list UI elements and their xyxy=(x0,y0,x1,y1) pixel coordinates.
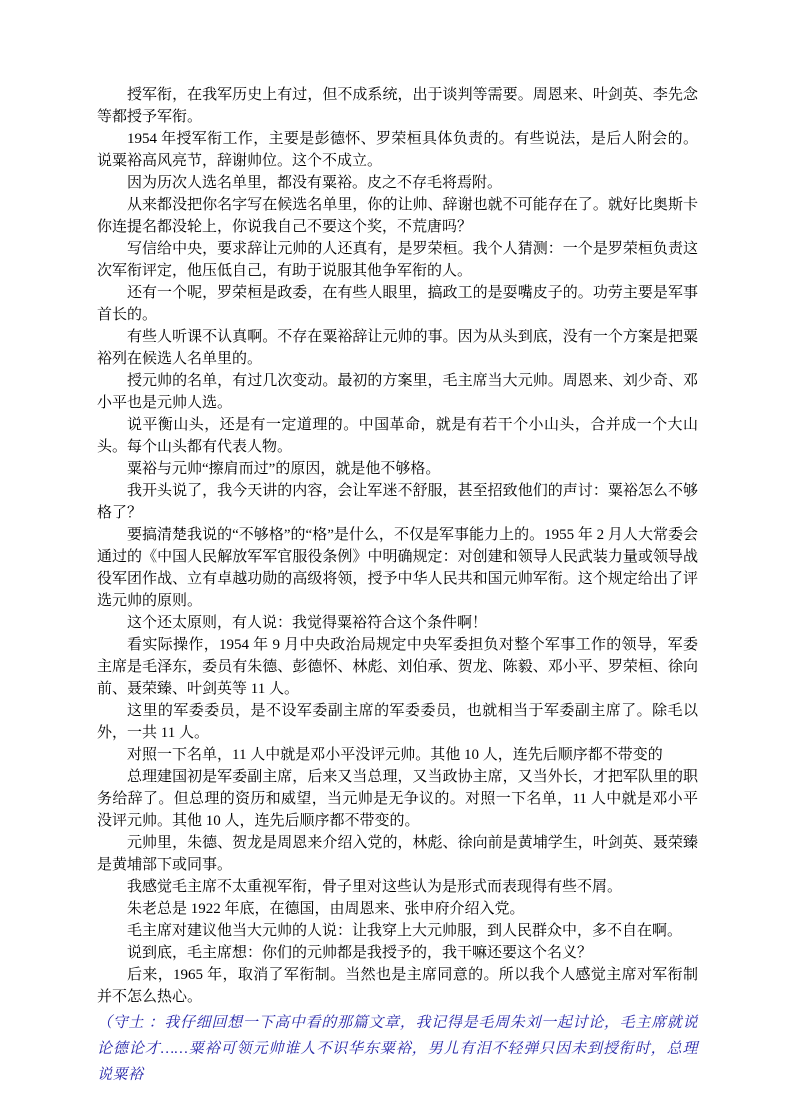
paragraph: 1954 年授军衔工作，主要是彭德怀、罗荣桓具体负责的。有些说法，是后人附会的。… xyxy=(97,128,698,172)
paragraph: 这个还太原则，有人说：我觉得粟裕符合这个条件啊！ xyxy=(97,612,698,634)
paragraph: 写信给中央，要求辞让元帅的人还真有，是罗荣桓。我个人猜测：一个是罗荣桓负责这次军… xyxy=(97,238,698,282)
document-page: 授军衔，在我军历史上有过，但不成系统，出于谈判等需要。周恩来、叶剑英、李先念等都… xyxy=(0,0,800,1100)
paragraph: 有些人听课不认真啊。不存在粟裕辞让元帅的事。因为从头到底，没有一个方案是把粟裕列… xyxy=(97,326,698,370)
document-body: 授军衔，在我军历史上有过，但不成系统，出于谈判等需要。周恩来、叶剑英、李先念等都… xyxy=(97,84,698,1088)
paragraph: 粟裕与元帅“擦肩而过”的原因，就是他不够格。 xyxy=(97,458,698,480)
annotation-note: （守土 ：我仔细回想一下高中看的那篇文章，我记得是毛周朱刘一起讨论，毛主席就说论… xyxy=(97,1010,698,1088)
paragraph: 我开头说了，我今天讲的内容，会让军迷不舒服，甚至招致他们的声讨：粟裕怎么不够格了… xyxy=(97,480,698,524)
paragraph: 要搞清楚我说的“不够格”的“格”是什么，不仅是军事能力上的。1955 年 2 月… xyxy=(97,524,698,612)
paragraph: 说平衡山头，还是有一定道理的。中国革命，就是有若干个小山头，合并成一个大山头。每… xyxy=(97,414,698,458)
paragraph: 授元帅的名单，有过几次变动。最初的方案里，毛主席当大元帅。周恩来、刘少奇、邓小平… xyxy=(97,370,698,414)
paragraph: 元帅里，朱德、贺龙是周恩来介绍入党的，林彪、徐向前是黄埔学生，叶剑英、聂荣臻是黄… xyxy=(97,832,698,876)
paragraph: 还有一个呢，罗荣桓是政委，在有些人眼里，搞政工的是耍嘴皮子的。功劳主要是军事首长… xyxy=(97,282,698,326)
paragraph: 总理建国初是军委副主席，后来又当总理，又当政协主席，又当外长，才把军队里的职务给… xyxy=(97,766,698,832)
paragraph: 这里的军委委员，是不设军委副主席的军委委员，也就相当于军委副主席了。除毛以外，一… xyxy=(97,700,698,744)
paragraph: 后来，1965 年，取消了军衔制。当然也是主席同意的。所以我个人感觉主席对军衔制… xyxy=(97,964,698,1008)
paragraph: 看实际操作，1954 年 9 月中央政治局规定中央军委担负对整个军事工作的领导，… xyxy=(97,634,698,700)
paragraph: 因为历次人选名单里，都没有粟裕。皮之不存毛将焉附。 xyxy=(97,172,698,194)
paragraph: 从来都没把你名字写在候选名单里，你的让帅、辞谢也就不可能存在了。就好比奥斯卡你连… xyxy=(97,194,698,238)
paragraph: 毛主席对建议他当大元帅的人说：让我穿上大元帅服，到人民群众中，多不自在啊。 xyxy=(97,920,698,942)
paragraph: 对照一下名单，11 人中就是邓小平没评元帅。其他 10 人，连先后顺序都不带变的 xyxy=(97,744,698,766)
paragraph: 朱老总是 1922 年底，在德国，由周恩来、张申府介绍入党。 xyxy=(97,898,698,920)
paragraph: 我感觉毛主席不太重视军衔，骨子里对这些认为是形式而表现得有些不屑。 xyxy=(97,876,698,898)
paragraph: 授军衔，在我军历史上有过，但不成系统，出于谈判等需要。周恩来、叶剑英、李先念等都… xyxy=(97,84,698,128)
paragraph: 说到底，毛主席想：你们的元帅都是我授予的，我干嘛还要这个名义？ xyxy=(97,942,698,964)
